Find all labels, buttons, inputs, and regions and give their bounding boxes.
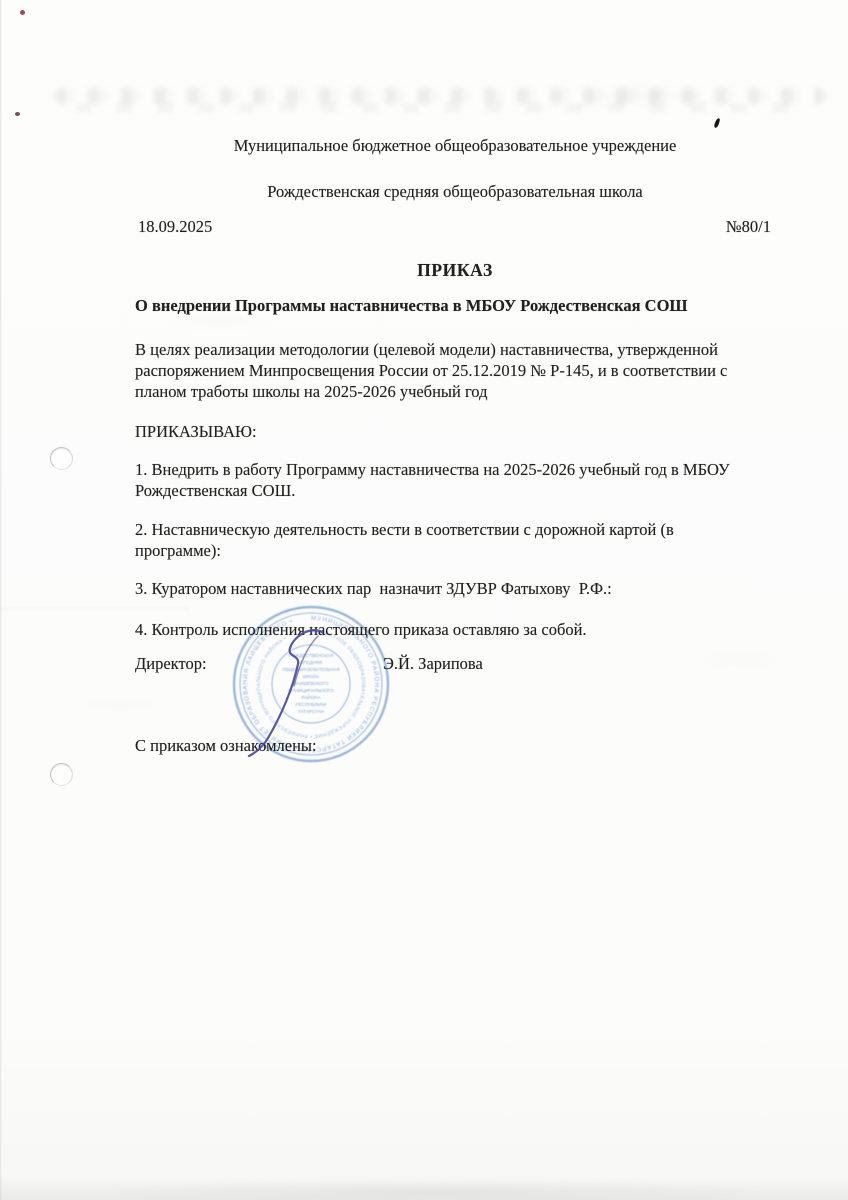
ink-speck-left [15,112,20,116]
order-title: ПРИКАЗ [133,260,777,281]
order-item-2: 2. Наставническую деятельность вести в с… [135,519,815,561]
paper-noise [0,0,848,1200]
order-preamble: В целях реализации методологии (целевой … [135,339,815,402]
order-item-1: 1. Внедрить в работу Программу наставнич… [135,459,815,501]
paper-crease [0,607,190,610]
date-number-row: 18.09.2025 №80/1 [135,216,771,237]
order-subject: О внедрении Программы наставничества в М… [135,295,815,316]
order-item-3: 3. Куратором наставнических пар назначит… [135,578,815,599]
signature-main-stroke [249,630,322,756]
ghost-text-band [55,88,825,104]
scan-edge-bottom [0,1176,848,1200]
org-name-line-1: Муниципальное бюджетное общеобразователь… [133,135,777,156]
order-number: №80/1 [726,216,771,237]
ghost-text-band-2 [75,103,795,113]
apostrophe-ink-mark [714,118,721,129]
punch-hole-top [50,447,73,470]
director-name: Э.Й. Зарипова [383,653,483,674]
order-date: 18.09.2025 [135,216,212,237]
scanned-order-document: Муниципальное бюджетное общеобразователь… [0,0,848,1200]
punch-hole-bottom [50,763,73,786]
scan-edge-left [0,0,2,1200]
resolution-word: ПРИКАЗЫВАЮ: [135,421,815,442]
director-signature [225,600,365,770]
org-name-line-2: Рождественская средняя общеобразовательн… [133,181,777,202]
ink-speck-top-left [20,10,25,15]
